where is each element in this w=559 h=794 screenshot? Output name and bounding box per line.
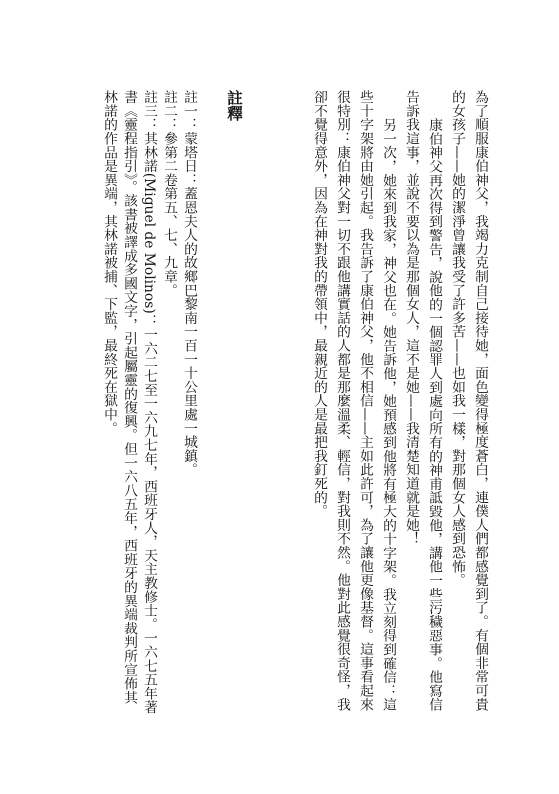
body-text: 為了順服康伯神父，我竭力克制自己接待她，面色變得極度蒼白，連僕人們都感覺到了。有… [307, 90, 491, 714]
paragraph: 為了順服康伯神父，我竭力克制自己接待她，面色變得極度蒼白，連僕人們都感覺到了。有… [445, 90, 491, 714]
paragraph: 另一次，她來到我家，神父也在。她告訴他，她預感到他將有極大的十字架。我立刻得到確… [307, 90, 399, 714]
notes-heading: 註釋 [223, 90, 245, 714]
paragraph: 康伯神父再次得到警告，說他的一個認罪人到處向所有的神甫詆毀他，講他一些污穢惡事。… [399, 90, 445, 714]
notes-section: 註釋 註一：蒙塔日：蓋恩夫人的故鄉巴黎南一百一十公里處一城鎮。 註二：參第二卷第… [99, 90, 245, 714]
book-page: 為了順服康伯神父，我竭力克制自己接待她，面色變得極度蒼白，連僕人們都感覺到了。有… [0, 0, 559, 794]
note-item: 註三：其林諾(Miguel de Molinos)：一六二七至一六九七年，西班牙… [99, 90, 159, 714]
note-item: 註一：蒙塔日：蓋恩夫人的故鄉巴黎南一百一十公里處一城鎮。 [179, 90, 199, 714]
note-item: 註二：參第二卷第五、七、九章。 [159, 90, 179, 714]
